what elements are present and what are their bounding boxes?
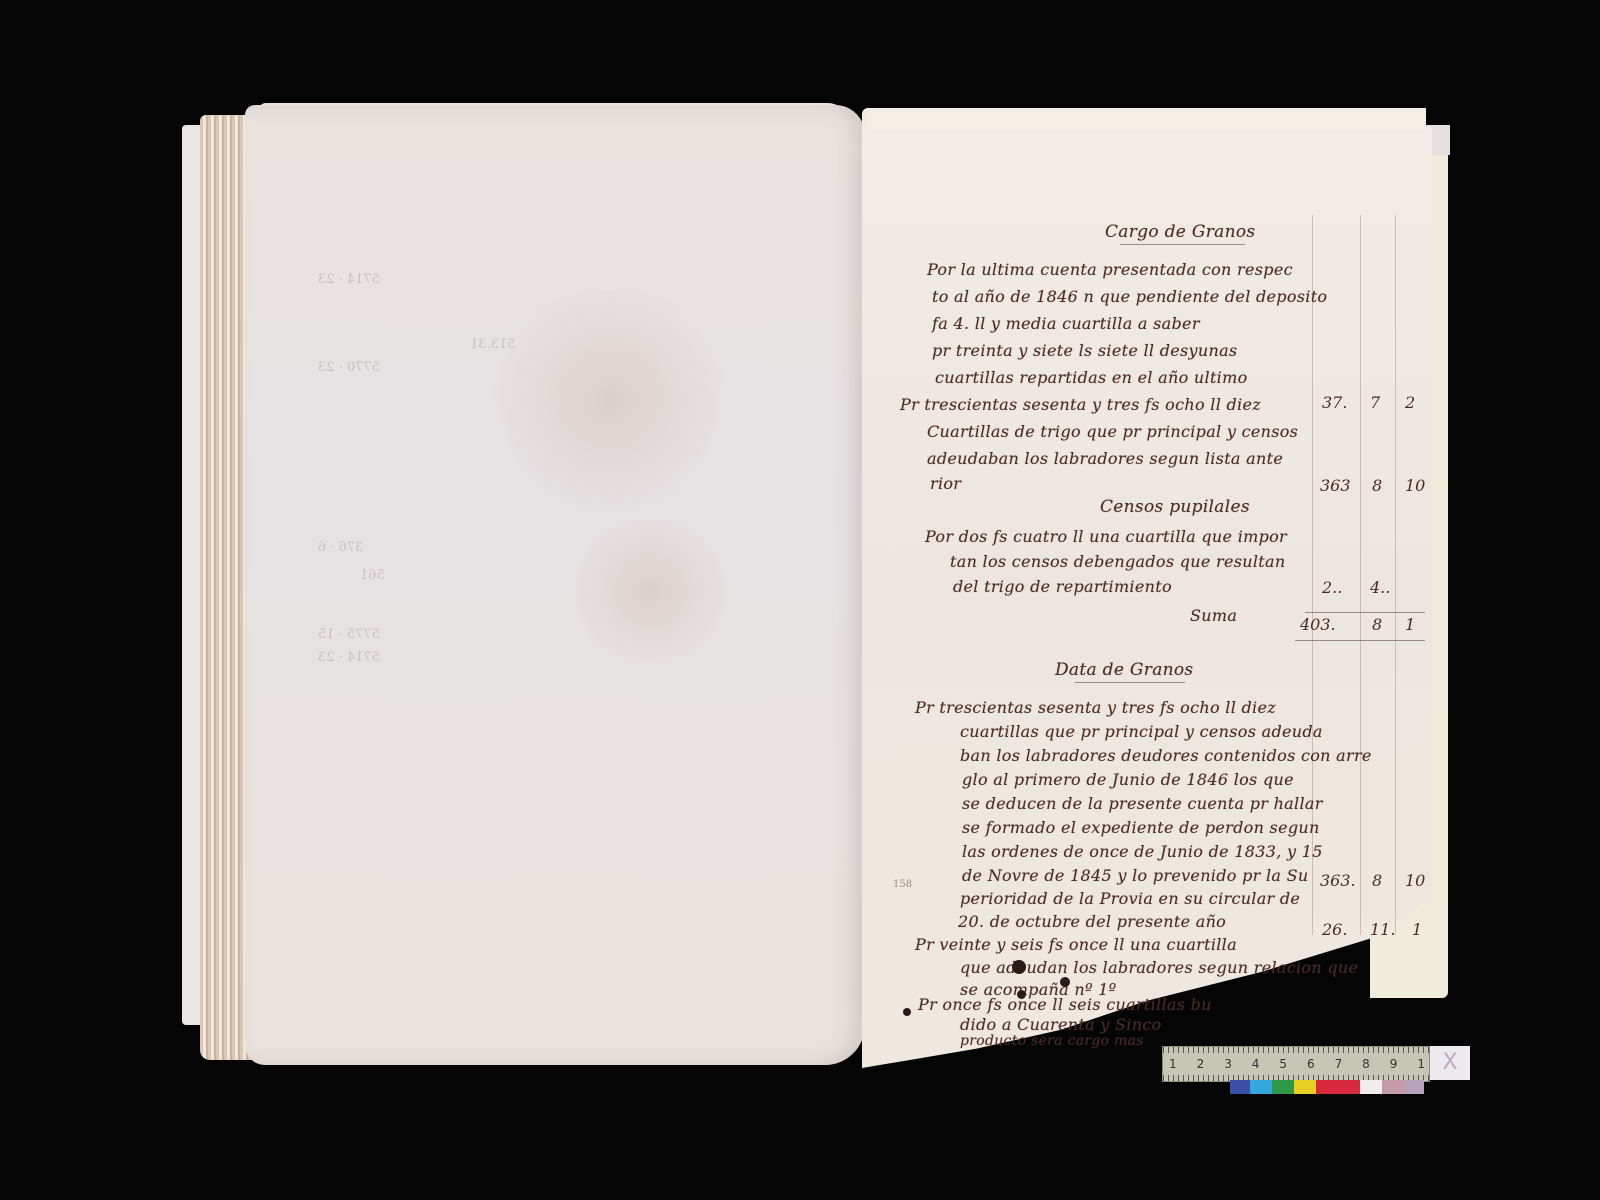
ledger-column-rule bbox=[1360, 215, 1361, 935]
entry-line: to al año de 1846 n que pendiente del de… bbox=[932, 287, 1327, 306]
showthrough-number: 5714 · 23 bbox=[318, 650, 380, 665]
color-calibration-bar bbox=[1230, 1080, 1424, 1094]
amount-almudes: 8 bbox=[1372, 476, 1382, 495]
amount-cuartillas: 10 bbox=[1405, 476, 1425, 495]
entry-line: fa 4. ll y media cuartilla a saber bbox=[932, 314, 1200, 333]
entry-line: Pr once fs once ll seis cuartillas bu bbox=[918, 995, 1212, 1014]
amount-almudes: 11. bbox=[1370, 920, 1395, 939]
showthrough-number: 513.31 bbox=[470, 337, 516, 352]
entry-line: perioridad de la Provia en su circular d… bbox=[960, 889, 1300, 908]
section-heading-cargo: Cargo de Granos bbox=[1105, 222, 1255, 242]
showthrough-number: 561 bbox=[360, 568, 385, 583]
section-heading-data: Data de Granos bbox=[1055, 660, 1193, 680]
showthrough-number: 5714 · 23 bbox=[318, 272, 380, 287]
ruler-label: 5 bbox=[1279, 1057, 1287, 1071]
amount-almudes: 8 bbox=[1372, 871, 1382, 890]
amount-fanegas: 2.. bbox=[1322, 578, 1342, 597]
total-almudes: 8 bbox=[1372, 615, 1382, 634]
ruler-label: 2 bbox=[1197, 1057, 1205, 1071]
entry-line: dido a Cuarenta y Sinco bbox=[960, 1015, 1162, 1034]
swatch-pink bbox=[1382, 1080, 1404, 1094]
heading-underline bbox=[1075, 682, 1185, 683]
total-fanegas: 403. bbox=[1300, 615, 1336, 634]
showthrough-number: 5770 · 23 bbox=[318, 360, 380, 375]
ruler-label: 6 bbox=[1307, 1057, 1315, 1071]
entry-line: se deducen de la presente cuenta pr hall… bbox=[962, 794, 1323, 813]
entry-line: se formado el expediente de perdon segun bbox=[962, 818, 1320, 837]
ink-blot bbox=[1017, 990, 1026, 999]
entry-line: Por dos fs cuatro ll una cuartilla que i… bbox=[925, 527, 1287, 546]
entry-line: del trigo de repartimiento bbox=[953, 577, 1172, 596]
entry-line: ban los labradores deudores contenidos c… bbox=[960, 746, 1372, 765]
showthrough-number: 376 · 6 bbox=[318, 540, 363, 555]
entry-line: cuartillas que pr principal y censos ade… bbox=[960, 722, 1323, 741]
amount-almudes: 4.. bbox=[1370, 578, 1390, 597]
total-cuartillas: 1 bbox=[1405, 615, 1415, 634]
swatch-red bbox=[1316, 1080, 1360, 1094]
open-ledger-book: 5714 · 23 513.31 5770 · 23 376 · 6 561 5… bbox=[0, 0, 1600, 1200]
entry-line: producto sera cargo mas bbox=[960, 1033, 1144, 1049]
entry-line: Pr trescientas sesenta y tres fs ocho ll… bbox=[900, 395, 1261, 414]
entry-line: pr treinta y siete ls siete ll desyunas bbox=[932, 341, 1237, 360]
showthrough-number: 5775 · 15 bbox=[318, 627, 380, 642]
total-label: Suma bbox=[1190, 606, 1237, 625]
amount-cuartillas: 10 bbox=[1405, 871, 1425, 890]
entry-line: de Novre de 1845 y lo prevenido pr la Su bbox=[962, 866, 1308, 885]
ruler-label: 7 bbox=[1335, 1057, 1343, 1071]
section-heading-censos: Censos pupilales bbox=[1100, 497, 1250, 517]
measurement-ruler: 1 2 3 4 5 6 7 8 9 1 bbox=[1162, 1046, 1430, 1082]
total-rule-top bbox=[1305, 612, 1425, 613]
entry-line: Por la ultima cuenta presentada con resp… bbox=[927, 260, 1293, 279]
entry-line: Pr veinte y seis fs once ll una cuartill… bbox=[915, 935, 1237, 954]
entry-line: las ordenes de once de Junio de 1833, y … bbox=[962, 842, 1323, 861]
entry-line: rior bbox=[930, 474, 961, 493]
entry-line: Cuartillas de trigo que pr principal y c… bbox=[927, 422, 1298, 441]
amount-fanegas: 26. bbox=[1322, 920, 1347, 939]
amount-cuartillas: 2 bbox=[1405, 393, 1415, 412]
entry-line: glo al primero de Junio de 1846 los que bbox=[962, 770, 1294, 789]
ruler-logo-mark: X bbox=[1430, 1046, 1470, 1080]
ruler-label: 8 bbox=[1362, 1057, 1370, 1071]
swatch-blue bbox=[1230, 1080, 1250, 1094]
ink-blot bbox=[1012, 960, 1026, 974]
total-rule-bottom bbox=[1295, 640, 1425, 641]
entry-line: adeudaban los labradores segun lista ant… bbox=[927, 449, 1283, 468]
heading-underline bbox=[1120, 244, 1245, 245]
foxing-stain bbox=[560, 520, 740, 660]
ruler-label: 3 bbox=[1224, 1057, 1232, 1071]
amount-fanegas: 37. bbox=[1322, 393, 1347, 412]
ruler-label: 1 bbox=[1169, 1057, 1177, 1071]
ruler-label: 1 bbox=[1417, 1057, 1425, 1071]
entry-line: tan los censos debengados que resultan bbox=[950, 552, 1286, 571]
amount-almudes: 7 bbox=[1370, 393, 1380, 412]
entry-line: cuartillas repartidas en el año ultimo bbox=[935, 368, 1248, 387]
ruler-ticks-top bbox=[1163, 1047, 1429, 1053]
swatch-lilac bbox=[1404, 1080, 1424, 1094]
entry-line: 20. de octubre del presente año bbox=[958, 912, 1226, 931]
foxing-stain bbox=[480, 290, 740, 510]
amount-fanegas: 363. bbox=[1320, 871, 1356, 890]
entry-line: Pr trescientas sesenta y tres fs ocho ll… bbox=[915, 698, 1276, 717]
amount-cuartillas: 1 bbox=[1412, 920, 1422, 939]
swatch-yellow bbox=[1294, 1080, 1316, 1094]
ruler-labels: 1 2 3 4 5 6 7 8 9 1 bbox=[1169, 1057, 1425, 1071]
ledger-column-rule bbox=[1395, 215, 1396, 935]
swatch-green bbox=[1272, 1080, 1294, 1094]
ink-blot bbox=[903, 1008, 911, 1016]
swatch-cyan bbox=[1250, 1080, 1272, 1094]
ruler-label: 9 bbox=[1390, 1057, 1398, 1071]
ink-blot bbox=[1060, 977, 1070, 987]
left-page-verso bbox=[245, 105, 865, 1065]
swatch-white bbox=[1360, 1080, 1382, 1094]
ruler-label: 4 bbox=[1252, 1057, 1260, 1071]
amount-fanegas: 363 bbox=[1320, 476, 1351, 495]
margin-note: 158 bbox=[893, 879, 912, 890]
right-page-top-band bbox=[866, 108, 1426, 130]
